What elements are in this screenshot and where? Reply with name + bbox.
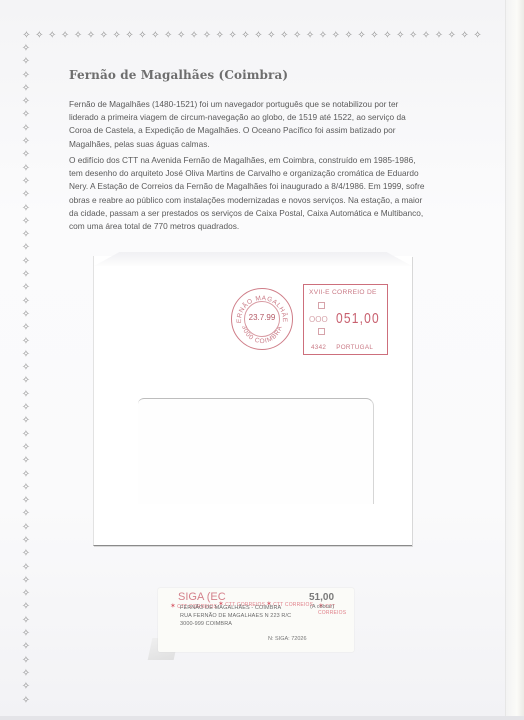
page-edge-right xyxy=(505,0,524,720)
meter-footer-code: 4342 xyxy=(311,344,326,351)
star-ornament-icon: ✧ xyxy=(368,30,381,42)
star-ornament-icon: ✧ xyxy=(20,215,32,228)
star-ornament-icon: ✧ xyxy=(97,30,110,42)
star-ornament-icon: ✧ xyxy=(20,295,32,308)
address-line-3: 3000-999 COIMBRA xyxy=(180,621,232,627)
star-ornament-icon: ✧ xyxy=(20,348,32,361)
star-ornament-icon: ✧ xyxy=(20,627,32,640)
star-ornament-icon: ✧ xyxy=(20,162,32,175)
meter-footer-country: PORTUGAL xyxy=(336,344,373,351)
star-ornament-icon: ✧ xyxy=(20,561,32,574)
star-ornament-icon: ✧ xyxy=(394,30,407,42)
star-ornament-icon: ✧ xyxy=(20,481,32,494)
star-ornament-icon: ✧ xyxy=(20,654,32,667)
star-ornament-icon: ✧ xyxy=(20,587,32,600)
meter-square-icon xyxy=(318,328,325,335)
star-ornament-icon: ✧ xyxy=(72,30,85,42)
paragraph-building: O edifício dos CTT na Avenida Fernão de … xyxy=(69,154,429,233)
star-ornament-icon: ✧ xyxy=(304,30,317,42)
star-ornament-icon: ✧ xyxy=(20,361,32,374)
star-ornament-icon: ✧ xyxy=(59,30,72,42)
star-ornament-icon: ✧ xyxy=(20,122,32,135)
star-ornament-icon: ✧ xyxy=(329,30,342,42)
meter-value: 051,00 xyxy=(336,310,380,327)
star-ornament-icon: ✧ xyxy=(136,30,149,42)
star-ornament-icon: ✧ xyxy=(20,667,32,680)
star-ornament-icon: ✧ xyxy=(20,428,32,441)
circular-postmark: FERNÃO MAGALHÃES 3000 COIMBRA 23.7.99 xyxy=(231,288,293,350)
page-edge-bottom xyxy=(0,716,524,720)
star-ornament-icon: ✧ xyxy=(20,108,32,121)
star-ornament-icon: ✧ xyxy=(226,30,239,42)
star-ornament-icon: ✧ xyxy=(291,30,304,42)
star-ornament-icon: ✧ xyxy=(110,30,123,42)
star-ornament-icon: ✧ xyxy=(20,414,32,427)
star-ornament-icon: ✧ xyxy=(213,30,226,42)
star-ornament-icon: ✧ xyxy=(355,30,368,42)
star-ornament-icon: ✧ xyxy=(20,507,32,520)
star-ornament-icon: ✧ xyxy=(342,30,355,42)
star-ornament-icon: ✧ xyxy=(20,241,32,254)
star-ornament-icon: ✧ xyxy=(20,82,32,95)
star-ornament-icon: ✧ xyxy=(20,308,32,321)
star-ornament-icon: ✧ xyxy=(20,374,32,387)
star-ornament-icon: ✧ xyxy=(445,30,458,42)
star-ornament-icon: ✧ xyxy=(278,30,291,42)
star-ornament-icon: ✧ xyxy=(123,30,136,42)
postage-meter-stamp: XVII-E CORREIO DE ООО 051,00 4342PORTUGA… xyxy=(303,284,388,355)
star-ornament-icon: ✧ xyxy=(20,614,32,627)
star-ornament-icon: ✧ xyxy=(20,30,33,42)
star-ornament-icon: ✧ xyxy=(84,30,97,42)
envelope-window xyxy=(138,398,374,504)
star-ornament-icon: ✧ xyxy=(20,521,32,534)
star-ornament-icon: ✧ xyxy=(20,148,32,161)
star-ornament-icon: ✧ xyxy=(20,640,32,653)
star-ornament-icon: ✧ xyxy=(381,30,394,42)
meter-footer: 4342PORTUGAL xyxy=(311,344,383,351)
star-ornament-icon: ✧ xyxy=(20,135,32,148)
star-ornament-icon: ✧ xyxy=(20,441,32,454)
star-ornament-icon: ✧ xyxy=(407,30,420,42)
star-ornament-icon: ✧ xyxy=(20,454,32,467)
star-ornament-icon: ✧ xyxy=(20,228,32,241)
star-ornament-icon: ✧ xyxy=(20,188,32,201)
star-ornament-icon: ✧ xyxy=(20,321,32,334)
meter-header: XVII-E CORREIO DE xyxy=(309,289,377,296)
star-ornament-icon: ✧ xyxy=(20,42,32,55)
star-ornament-icon: ✧ xyxy=(20,494,32,507)
star-ornament-icon: ✧ xyxy=(20,600,32,613)
star-ornament-icon: ✧ xyxy=(175,30,188,42)
star-ornament-icon: ✧ xyxy=(149,30,162,42)
star-ornament-icon: ✧ xyxy=(200,30,213,42)
siga-postage-label: SIGA (EC CTT CORREIOS CTT CORREIOS CTT C… xyxy=(158,588,354,652)
star-border-left: ✧✧✧✧✧✧✧✧✧✧✧✧✧✧✧✧✧✧✧✧✧✧✧✧✧✧✧✧✧✧✧✧✧✧✧✧✧✧✧✧… xyxy=(20,42,32,707)
meter-code: ООО xyxy=(309,315,328,324)
label-price: 51,00 xyxy=(309,592,334,603)
envelope-flap xyxy=(94,252,412,266)
star-ornament-icon: ✧ xyxy=(20,95,32,108)
star-ornament-icon: ✧ xyxy=(20,175,32,188)
star-ornament-icon: ✧ xyxy=(20,255,32,268)
star-border-top: ✧✧✧✧✧✧✧✧✧✧✧✧✧✧✧✧✧✧✧✧✧✧✧✧✧✧✧✧✧✧✧✧✧✧✧✧ xyxy=(20,30,484,42)
star-ornament-icon: ✧ xyxy=(471,30,484,42)
address-line-1: FERNÃO DE MAGALHÃES - COIMBRA xyxy=(180,605,281,611)
star-ornament-icon: ✧ xyxy=(162,30,175,42)
star-ornament-icon: ✧ xyxy=(20,281,32,294)
star-ornament-icon: ✧ xyxy=(316,30,329,42)
star-ornament-icon: ✧ xyxy=(458,30,471,42)
star-ornament-icon: ✧ xyxy=(20,268,32,281)
star-ornament-icon: ✧ xyxy=(265,30,278,42)
star-ornament-icon: ✧ xyxy=(20,388,32,401)
star-ornament-icon: ✧ xyxy=(20,680,32,693)
star-ornament-icon: ✧ xyxy=(33,30,46,42)
star-ornament-icon: ✧ xyxy=(239,30,252,42)
label-price-note: (A cobrar) xyxy=(310,604,334,610)
star-ornament-icon: ✧ xyxy=(20,534,32,547)
star-ornament-icon: ✧ xyxy=(20,335,32,348)
page-title: Fernão de Magalhães (Coimbra) xyxy=(69,68,288,82)
star-ornament-icon: ✧ xyxy=(433,30,446,42)
star-ornament-icon: ✧ xyxy=(20,574,32,587)
siga-number: N: SIGA: 72026 xyxy=(268,636,307,642)
star-ornament-icon: ✧ xyxy=(420,30,433,42)
star-ornament-icon: ✧ xyxy=(20,55,32,68)
star-ornament-icon: ✧ xyxy=(252,30,265,42)
envelope: FERNÃO MAGALHÃES 3000 COIMBRA 23.7.99 XV… xyxy=(93,256,412,546)
paragraph-history: Fernão de Magalhães (1480-1521) foi um n… xyxy=(69,98,429,151)
star-ornament-icon: ✧ xyxy=(20,401,32,414)
star-ornament-icon: ✧ xyxy=(20,547,32,560)
postmark-date: 23.7.99 xyxy=(232,313,292,322)
meter-square-icon xyxy=(318,302,325,309)
star-ornament-icon: ✧ xyxy=(20,468,32,481)
star-ornament-icon: ✧ xyxy=(20,202,32,215)
address-line-2: RUA FERNÃO DE MAGALHAES N 223 R/C xyxy=(180,613,291,619)
star-ornament-icon: ✧ xyxy=(188,30,201,42)
star-ornament-icon: ✧ xyxy=(20,69,32,82)
star-ornament-icon: ✧ xyxy=(20,694,32,707)
star-ornament-icon: ✧ xyxy=(46,30,59,42)
